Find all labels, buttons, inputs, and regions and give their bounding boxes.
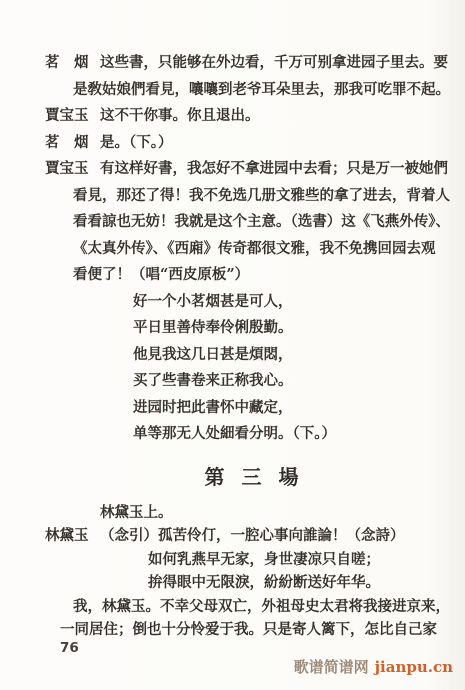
monologue-line: 我，林黛玉。不幸父母双亡，外祖母史太君将我接进京来，: [45, 595, 459, 619]
watermark: 歌谱简谱网jianpu.cn: [294, 656, 453, 677]
line-text: 他見我这几日甚是煩悶，: [133, 346, 293, 363]
dialogue-line: 茗 烟 是。（下。）: [45, 130, 459, 157]
line-text: 拚得眼中无限淚，紛紛断送好年华。: [148, 574, 380, 591]
speaker-name: 茗 烟: [45, 50, 100, 77]
page-number: 76: [60, 640, 79, 656]
line-text: 买了些書卷来正称我心。: [133, 372, 293, 389]
dialogue-continuation: 是敎姑娘們看見，嚷嚷到老爷耳朵里去，那我可吃罪不起。: [45, 77, 459, 104]
aria-verse-line: 好一个小茗烟甚是可人，: [45, 289, 459, 316]
line-text: 林黛玉上。: [100, 504, 173, 521]
watermark-site-name: 歌谱简谱网: [294, 658, 369, 676]
scanned-script-page: 茗 烟 这些書，只能够在外边看，千万可别拿进园子里去。要 是敎姑娘們看見，嚷嚷到…: [0, 0, 465, 690]
line-text: 一同居住；倒也十分怜爱于我。只是寄人篱下，怎比自己家: [60, 621, 437, 638]
script-text-block: 茗 烟 这些書，只能够在外边看，千万可别拿进园子里去。要 是敎姑娘們看見，嚷嚷到…: [0, 0, 465, 642]
scene-three-block: 林黛玉上。 林黛玉 （念引）孤苦伶仃，一腔心事向誰論！（念詩） 如何乳燕早无家，…: [45, 501, 459, 642]
recited-poem-line: 拚得眼中无限淚，紛紛断送好年华。: [45, 571, 459, 595]
aria-verse-line: 买了些書卷来正称我心。: [45, 368, 459, 395]
line-text: 是敎姑娘們看見，嚷嚷到老爷耳朵里去，那我可吃罪不起。: [73, 81, 450, 98]
line-text: 看看諒也无妨！我就是这个主意。（选書）这《飞燕外传》、: [73, 213, 450, 230]
dialogue-line: 賈宝玉 这不干你事。你且退出。: [45, 103, 459, 130]
speaker-name: 賈宝玉: [45, 156, 100, 183]
speaker-name: 賈宝玉: [45, 103, 100, 130]
speaker-name: 茗 烟: [45, 130, 100, 157]
line-text: 好一个小茗烟甚是可人，: [133, 293, 293, 310]
line-text: 看便了！（唱“西皮原板”）: [73, 266, 249, 283]
watermark-site-url: jianpu.cn: [375, 658, 453, 676]
line-text: 进园时把此書怀中藏定，: [133, 399, 293, 416]
scene-heading: 第 三 場: [45, 461, 459, 490]
line-text: 平日里善侍奉伶俐殷勤。: [133, 319, 293, 336]
line-text: 这些書，只能够在外边看，千万可别拿进园子里去。要: [100, 50, 459, 77]
recited-poem-line: 如何乳燕早无家，身世凄凉只自嗟；: [45, 548, 459, 572]
monologue-line: 一同居住；倒也十分怜爱于我。只是寄人篱下，怎比自己家: [45, 618, 459, 642]
dialogue-line: 賈宝玉 有这样好書，我怎好不拿进园中去看；只是万一被她們: [45, 156, 459, 183]
dialogue-continuation: 看看諒也无妨！我就是这个主意。（选書）这《飞燕外传》、: [45, 209, 459, 236]
line-text: 看見，那还了得！我不免选几册文雅些的拿了进去，背着人: [73, 187, 450, 204]
aria-verse-line: 他見我这几日甚是煩悶，: [45, 342, 459, 369]
aria-verse-line: 进园时把此書怀中藏定，: [45, 395, 459, 422]
line-text: 有这样好書，我怎好不拿进园中去看；只是万一被她們: [100, 156, 459, 183]
line-text: （念引）孤苦伶仃，一腔心事向誰論！（念詩）: [100, 524, 459, 548]
dialogue-line: 林黛玉 （念引）孤苦伶仃，一腔心事向誰論！（念詩）: [45, 524, 459, 548]
line-text: 是。（下。）: [100, 130, 459, 157]
line-text: 我，林黛玉。不幸父母双亡，外祖母史太君将我接进京来，: [73, 598, 450, 615]
aria-verse-line: 单等那无人处細看分明。（下。）: [45, 421, 459, 448]
dialogue-continuation: 看便了！（唱“西皮原板”）: [45, 262, 459, 289]
dialogue-line: 茗 烟 这些書，只能够在外边看，千万可别拿进园子里去。要: [45, 50, 459, 77]
aria-verse-line: 平日里善侍奉伶俐殷勤。: [45, 315, 459, 342]
dialogue-continuation: 看見，那还了得！我不免选几册文雅些的拿了进去，背着人: [45, 183, 459, 210]
line-text: 如何乳燕早无家，身世凄凉只自嗟；: [148, 551, 380, 568]
line-text: 这不干你事。你且退出。: [100, 103, 459, 130]
speaker-name: 林黛玉: [45, 524, 100, 548]
line-text: 单等那无人处細看分明。（下。）: [133, 425, 336, 442]
dialogue-continuation: 《太真外传》、《西廂》传奇都很文雅，我不免携回园去观: [45, 236, 459, 263]
stage-direction: 林黛玉上。: [45, 501, 459, 525]
line-text: 《太真外传》、《西廂》传奇都很文雅，我不免携回园去观: [73, 240, 436, 257]
